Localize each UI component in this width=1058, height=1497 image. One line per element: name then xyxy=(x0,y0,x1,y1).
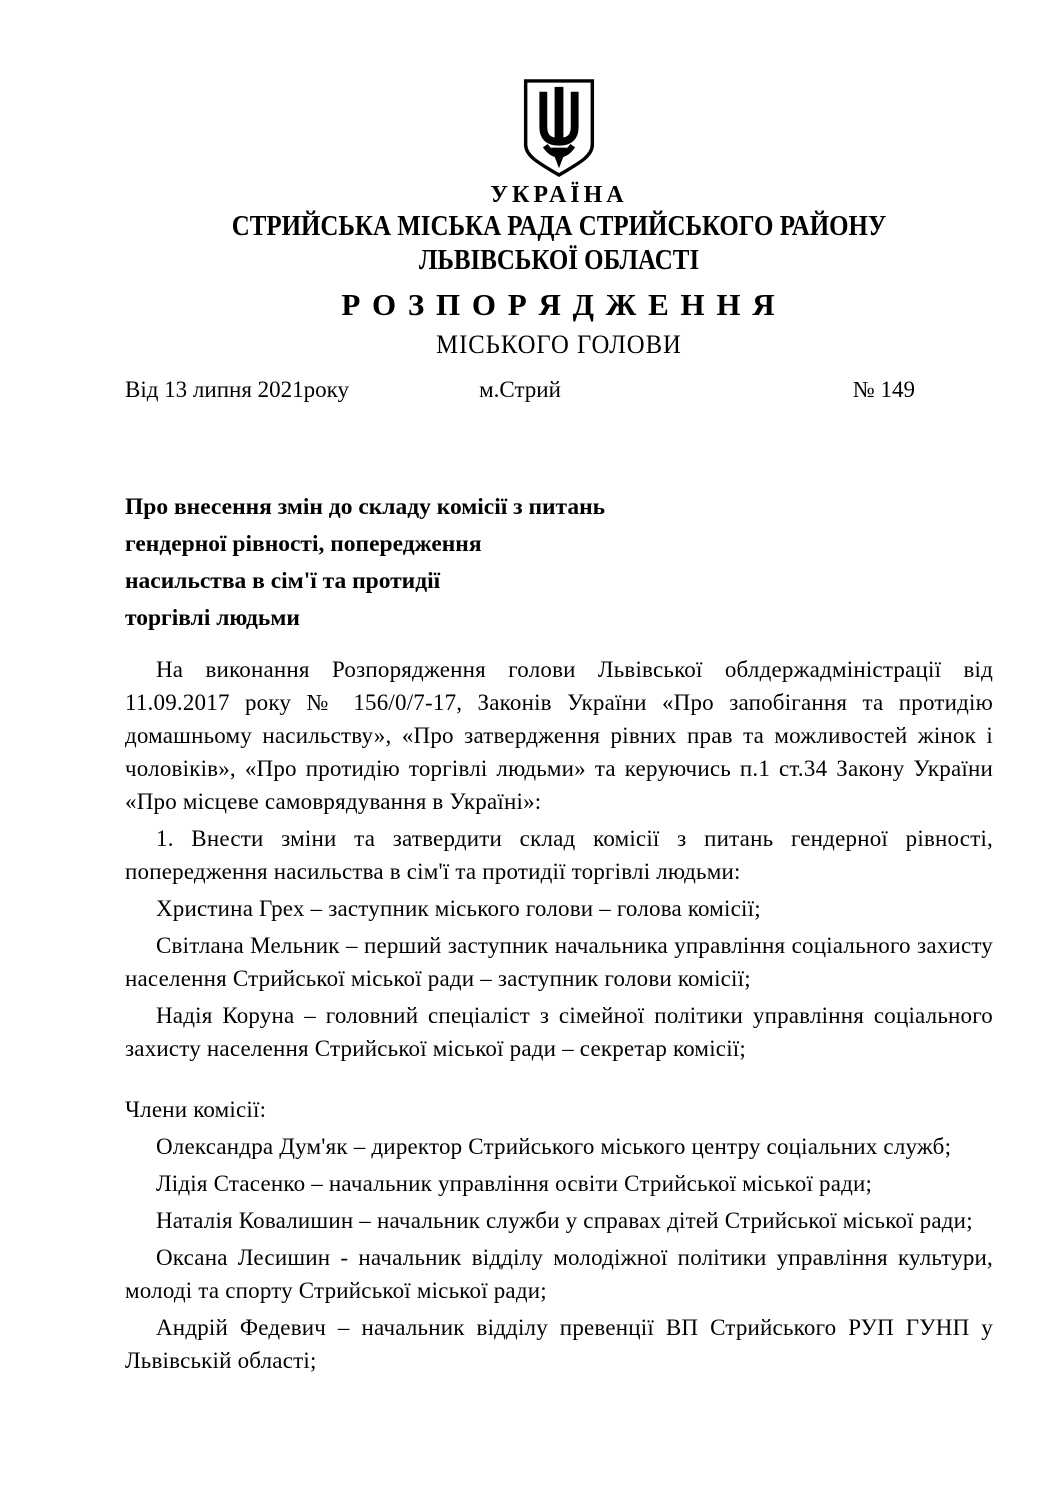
document-meta-row: Від 13 липня 2021року м.Стрий № 149 xyxy=(125,375,993,405)
document-number: № 149 xyxy=(561,375,993,405)
subject-line: торгівлі людьми xyxy=(125,600,993,637)
subject-line: гендерної рівності, попередження xyxy=(125,526,993,563)
organization-name-line1: СТРИЙСЬКА МІСЬКА РАДА СТРИЙСЬКОГО РАЙОНУ xyxy=(186,209,932,243)
paragraph-member-deputy: Світлана Мельник – перший заступник нача… xyxy=(125,929,993,995)
paragraph-item-1: 1. Внести зміни та затвердити склад комі… xyxy=(125,822,993,888)
paragraph-member: Лідія Стасенко – начальник управління ос… xyxy=(125,1167,993,1200)
document-place: м.Стрий xyxy=(479,375,561,405)
paragraph-member: Андрій Федевич – начальник відділу преве… xyxy=(125,1311,993,1377)
paragraph-preamble: На виконання Розпорядження голови Львівс… xyxy=(125,653,993,818)
document-body: На виконання Розпорядження голови Львівс… xyxy=(125,653,993,1377)
document-author-title: МІСЬКОГО ГОЛОВИ xyxy=(147,329,972,361)
document-header: УКРАЇНА СТРИЙСЬКА МІСЬКА РАДА СТРИЙСЬКОГ… xyxy=(125,78,993,405)
subject-line: насильства в сім'ї та протидії xyxy=(125,563,993,600)
paragraph-member-secretary: Надія Коруна – головний спеціаліст з сім… xyxy=(125,999,993,1065)
paragraph-members-heading: Члени комісії: xyxy=(125,1093,993,1126)
subject-line: Про внесення змін до складу комісії з пи… xyxy=(125,489,993,526)
country-name: УКРАЇНА xyxy=(125,182,993,209)
paragraph-member: Оксана Лесишин - начальник відділу молод… xyxy=(125,1241,993,1307)
paragraph-member-head: Христина Грех – заступник міського голов… xyxy=(125,892,993,925)
document-page: УКРАЇНА СТРИЙСЬКА МІСЬКА РАДА СТРИЙСЬКОГ… xyxy=(125,78,993,1377)
organization-name-line2: ЛЬВІВСЬКОЇ ОБЛАСТІ xyxy=(186,243,932,277)
document-subject: Про внесення змін до складу комісії з пи… xyxy=(125,489,993,637)
document-type-title: Р О З П О Р Я Д Ж Е Н Н Я xyxy=(125,285,993,325)
document-date: Від 13 липня 2021року xyxy=(125,375,479,405)
ukraine-coat-of-arms-icon xyxy=(520,78,598,178)
paragraph-member: Наталія Ковалишин – начальник служби у с… xyxy=(125,1204,993,1237)
paragraph-member: Олександра Дум'як – директор Стрийського… xyxy=(125,1130,993,1163)
